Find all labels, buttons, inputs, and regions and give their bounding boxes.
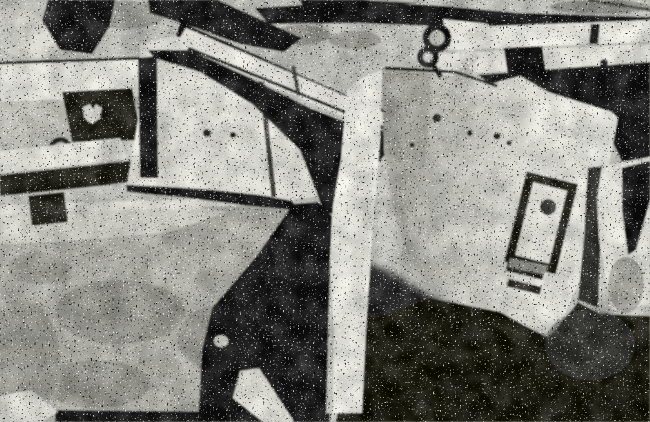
halftone-grain-light-layer	[0, 0, 650, 422]
photo-svg	[0, 0, 650, 422]
screenshot-stage	[0, 0, 650, 422]
halftone-photograph	[0, 0, 650, 422]
